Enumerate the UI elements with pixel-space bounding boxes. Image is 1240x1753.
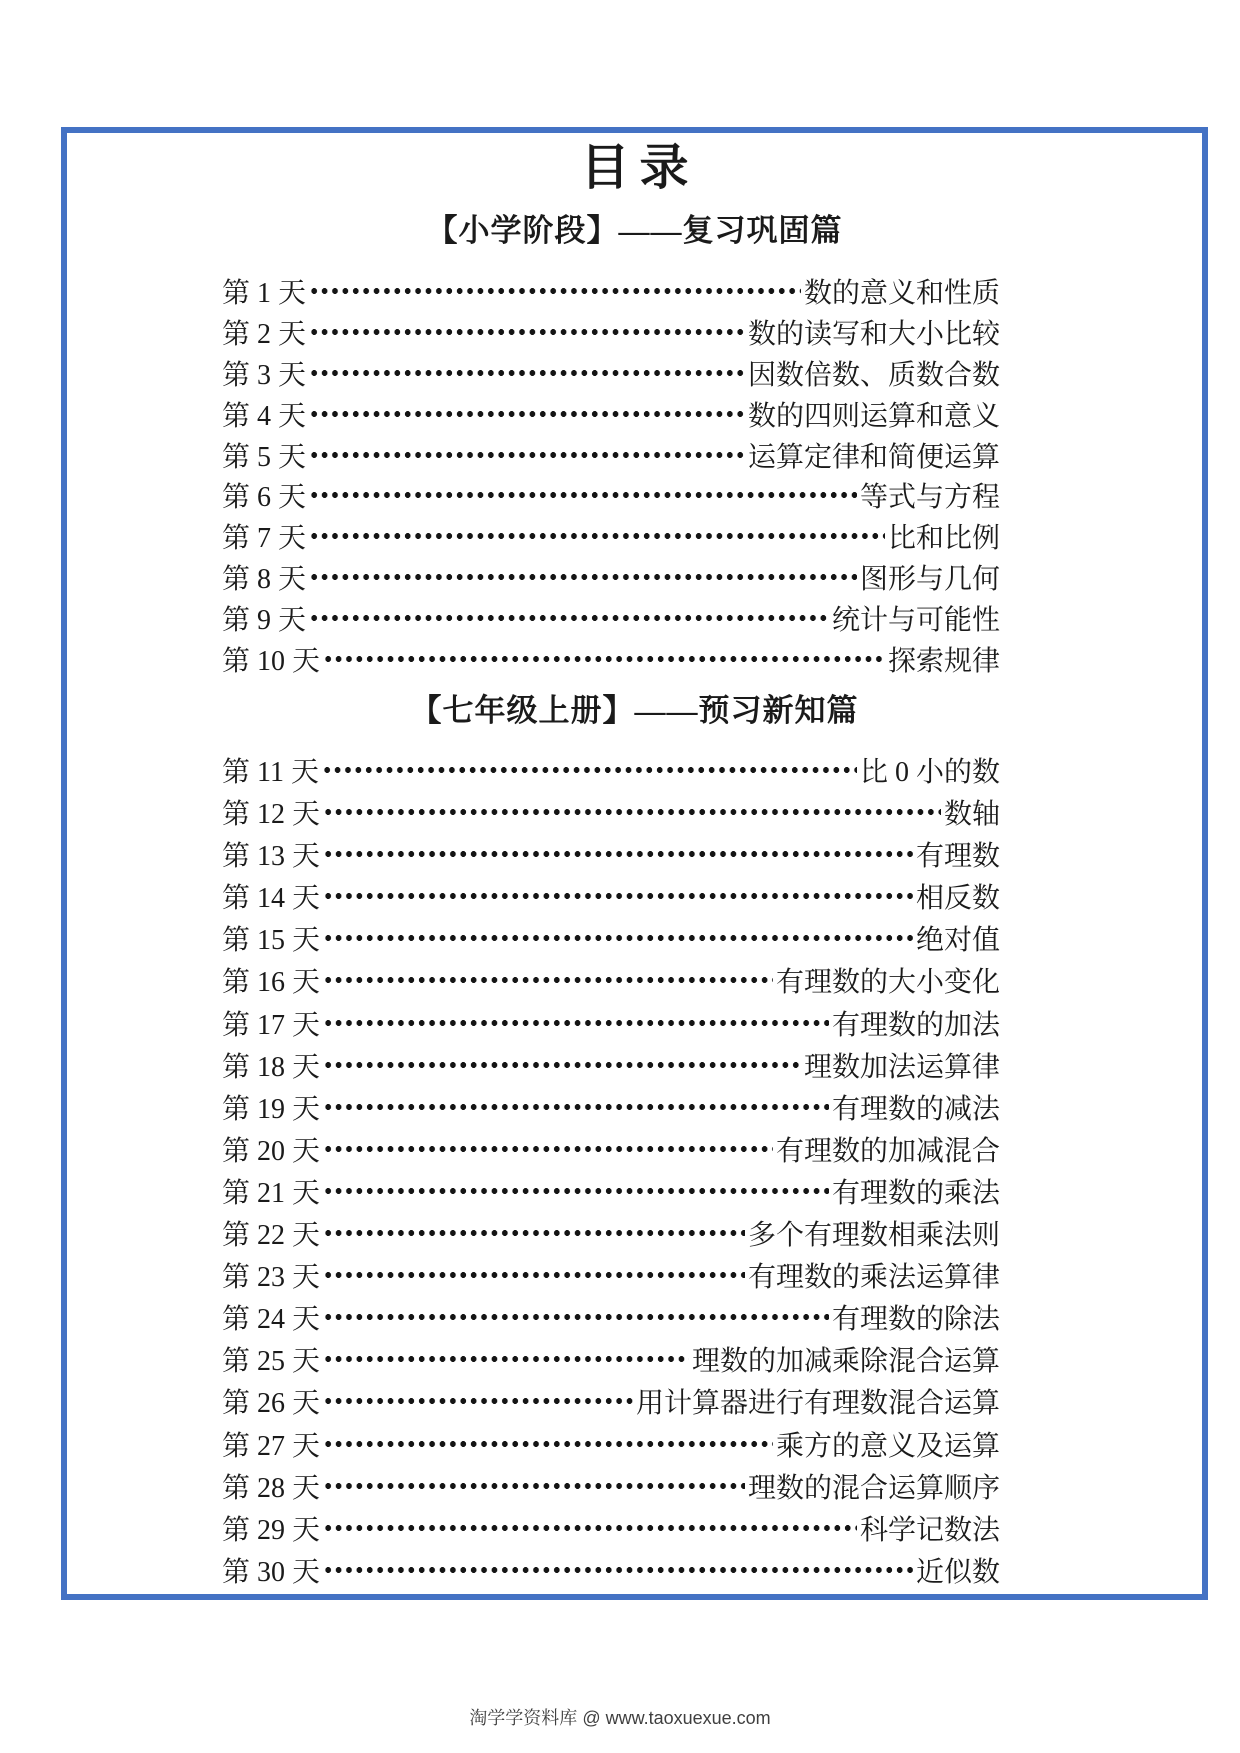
dotted-leader [323, 1104, 829, 1110]
toc-entry-topic: 数的四则运算和意义 [748, 394, 1000, 434]
toc-entry: 第 17 天 有理数的加法 [222, 1002, 1000, 1044]
dotted-leader [323, 893, 913, 899]
toc-entry-day: 第 28 天 [222, 1466, 320, 1506]
toc-entry-day: 第 8 天 [222, 557, 306, 597]
toc-entry: 第 14 天 相反数 [222, 875, 1000, 917]
toc-entry: 第 29 天 科学记数法 [222, 1507, 1000, 1549]
dotted-leader [323, 1441, 773, 1447]
toc-entry: 第 4 天 数的四则运算和意义 [222, 393, 1000, 434]
toc-entry-topic: 有理数的加法 [832, 1003, 1000, 1043]
toc-entry: 第 7 天 比和比例 [222, 516, 1000, 557]
toc-entry: 第 24 天 有理数的除法 [222, 1296, 1000, 1338]
toc-entry-day: 第 15 天 [222, 918, 320, 958]
dotted-leader [323, 977, 773, 983]
toc-entry-day: 第 20 天 [222, 1129, 320, 1169]
toc-entry-day: 第 22 天 [222, 1213, 320, 1253]
toc-entry-topic: 有理数的大小变化 [776, 960, 1000, 1000]
toc-entry: 第 5 天 运算定律和简便运算 [222, 434, 1000, 475]
toc-entry: 第 26 天 用计算器进行有理数混合运算 [222, 1380, 1000, 1422]
toc-entry-day: 第 13 天 [222, 834, 320, 874]
toc-entry-topic: 图形与几何 [860, 557, 1000, 597]
toc-entry-topic: 运算定律和简便运算 [748, 435, 1000, 475]
toc-entry: 第 8 天 图形与几何 [222, 557, 1000, 598]
toc-entry-day: 第 23 天 [222, 1255, 320, 1295]
toc-entry-topic: 统计与可能性 [832, 598, 1000, 638]
toc-section: 【小学阶段】——复习巩固篇 第 1 天 数的意义和性质 第 2 天 数的读写和大… [67, 211, 1202, 679]
toc-entry-day: 第 1 天 [222, 271, 306, 311]
dotted-leader [323, 1020, 829, 1026]
toc-entry: 第 27 天 乘方的意义及运算 [222, 1422, 1000, 1464]
toc-entry: 第 30 天 近似数 [222, 1549, 1000, 1591]
toc-entry-day: 第 14 天 [222, 876, 320, 916]
toc-entry: 第 21 天 有理数的乘法 [222, 1170, 1000, 1212]
toc-entry-topic: 多个有理数相乘法则 [748, 1213, 1000, 1253]
toc-entry: 第 15 天 绝对值 [222, 917, 1000, 959]
section-heading: 【七年级上册】——预习新知篇 [67, 691, 1202, 731]
dotted-leader [323, 1230, 745, 1236]
section-heading: 【小学阶段】——复习巩固篇 [67, 211, 1202, 251]
toc-entry-day: 第 27 天 [222, 1424, 320, 1464]
toc-entry-topic: 有理数的加减混合 [776, 1129, 1000, 1169]
toc-entry-topic: 有理数 [916, 834, 1000, 874]
toc-entry-day: 第 24 天 [222, 1297, 320, 1337]
toc-list: 第 11 天 比 0 小的数 第 12 天 数轴 第 13 天 有理数 第 14… [222, 749, 1000, 1591]
toc-entry-day: 第 10 天 [222, 639, 320, 679]
toc-entry-topic: 数轴 [944, 792, 1000, 832]
toc-entry-day: 第 6 天 [222, 475, 306, 515]
toc-entry: 第 2 天 数的读写和大小比较 [222, 312, 1000, 353]
dotted-leader [309, 288, 801, 294]
toc-entry-topic: 科学记数法 [860, 1508, 1000, 1548]
toc-entry-topic: 因数倍数、质数合数 [748, 353, 1000, 393]
toc-entry-topic: 有理数的乘法 [832, 1171, 1000, 1211]
dotted-leader [309, 329, 745, 335]
toc-entry: 第 16 天 有理数的大小变化 [222, 959, 1000, 1001]
toc-section: 【七年级上册】——预习新知篇 第 11 天 比 0 小的数 第 12 天 数轴 … [67, 691, 1202, 1591]
page-footer: 淘学学资料库 @ www.taoxuexue.com [0, 1706, 1240, 1730]
toc-entry-day: 第 7 天 [222, 516, 306, 556]
toc-sections: 【小学阶段】——复习巩固篇 第 1 天 数的意义和性质 第 2 天 数的读写和大… [67, 211, 1202, 1591]
toc-entry-day: 第 9 天 [222, 598, 306, 638]
toc-entry: 第 12 天 数轴 [222, 791, 1000, 833]
toc-entry-topic: 等式与方程 [860, 475, 1000, 515]
toc-entry: 第 6 天 等式与方程 [222, 475, 1000, 516]
toc-entry-day: 第 30 天 [222, 1550, 320, 1590]
toc-entry-topic: 探索规律 [888, 639, 1000, 679]
dotted-leader [323, 1272, 745, 1278]
dotted-leader [323, 1314, 829, 1320]
toc-entry-day: 第 3 天 [222, 353, 306, 393]
toc-entry-day: 第 26 天 [222, 1381, 320, 1421]
toc-entry: 第 28 天 理数的混合运算顺序 [222, 1465, 1000, 1507]
dotted-leader [323, 935, 913, 941]
toc-entry-topic: 有理数的减法 [832, 1087, 1000, 1127]
toc-entry: 第 9 天 统计与可能性 [222, 597, 1000, 638]
toc-entry-day: 第 16 天 [222, 960, 320, 1000]
page-border-frame: 目录 【小学阶段】——复习巩固篇 第 1 天 数的意义和性质 第 2 天 数的读… [61, 127, 1208, 1600]
toc-entry-day: 第 25 天 [222, 1339, 320, 1379]
dotted-leader [323, 1356, 689, 1362]
toc-entry-topic: 数的意义和性质 [804, 271, 1000, 311]
toc-list: 第 1 天 数的意义和性质 第 2 天 数的读写和大小比较 第 3 天 因数倍数… [222, 271, 1000, 679]
toc-entry-topic: 比 0 小的数 [860, 750, 1000, 790]
toc-entry-topic: 绝对值 [916, 918, 1000, 958]
toc-entry: 第 1 天 数的意义和性质 [222, 271, 1000, 312]
dotted-leader [309, 452, 745, 458]
toc-entry-topic: 有理数的乘法运算律 [748, 1255, 1000, 1295]
toc-entry-day: 第 18 天 [222, 1045, 320, 1085]
toc-entry-topic: 理数加法运算律 [804, 1045, 1000, 1085]
dotted-leader [309, 411, 745, 417]
toc-entry-topic: 数的读写和大小比较 [748, 312, 1000, 352]
dotted-leader [309, 492, 857, 498]
toc-entry-day: 第 2 天 [222, 312, 306, 352]
toc-entry-day: 第 19 天 [222, 1087, 320, 1127]
toc-entry-topic: 近似数 [916, 1550, 1000, 1590]
toc-entry-topic: 相反数 [916, 876, 1000, 916]
dotted-leader [309, 370, 745, 376]
toc-entry-day: 第 11 天 [222, 750, 319, 790]
toc-entry: 第 13 天 有理数 [222, 833, 1000, 875]
toc-entry: 第 11 天 比 0 小的数 [222, 749, 1000, 791]
dotted-leader [323, 1062, 801, 1068]
footer-text: 淘学学资料库 @ www.taoxuexue.com [469, 1708, 770, 1728]
toc-entry: 第 19 天 有理数的减法 [222, 1086, 1000, 1128]
dotted-leader [323, 1146, 773, 1152]
dotted-leader [323, 1567, 913, 1573]
toc-entry-topic: 理数的混合运算顺序 [748, 1466, 1000, 1506]
toc-entry-day: 第 21 天 [222, 1171, 320, 1211]
dotted-leader [309, 615, 829, 621]
toc-entry-topic: 比和比例 [888, 516, 1000, 556]
toc-entry: 第 23 天 有理数的乘法运算律 [222, 1254, 1000, 1296]
page-title: 目录 [67, 141, 1202, 195]
dotted-leader [309, 574, 857, 580]
toc-entry: 第 20 天 有理数的加减混合 [222, 1128, 1000, 1170]
toc-entry-day: 第 4 天 [222, 394, 306, 434]
dotted-leader [323, 1525, 857, 1531]
dotted-leader [322, 767, 857, 773]
dotted-leader [323, 1483, 745, 1489]
dotted-leader [323, 656, 885, 662]
dotted-leader [323, 809, 941, 815]
toc-entry-topic: 理数的加减乘除混合运算 [692, 1339, 1000, 1379]
toc-entry: 第 3 天 因数倍数、质数合数 [222, 353, 1000, 394]
toc-entry-topic: 有理数的除法 [832, 1297, 1000, 1337]
dotted-leader [323, 1398, 633, 1404]
dotted-leader [309, 533, 885, 539]
toc-entry-topic: 用计算器进行有理数混合运算 [636, 1381, 1000, 1421]
toc-entry-day: 第 17 天 [222, 1003, 320, 1043]
dotted-leader [323, 851, 913, 857]
toc-entry-topic: 乘方的意义及运算 [776, 1424, 1000, 1464]
toc-entry: 第 10 天 探索规律 [222, 638, 1000, 679]
toc-entry: 第 18 天 理数加法运算律 [222, 1044, 1000, 1086]
toc-entry-day: 第 5 天 [222, 435, 306, 475]
toc-entry: 第 22 天 多个有理数相乘法则 [222, 1212, 1000, 1254]
toc-entry-day: 第 12 天 [222, 792, 320, 832]
dotted-leader [323, 1188, 829, 1194]
toc-entry-day: 第 29 天 [222, 1508, 320, 1548]
toc-entry: 第 25 天 理数的加减乘除混合运算 [222, 1338, 1000, 1380]
